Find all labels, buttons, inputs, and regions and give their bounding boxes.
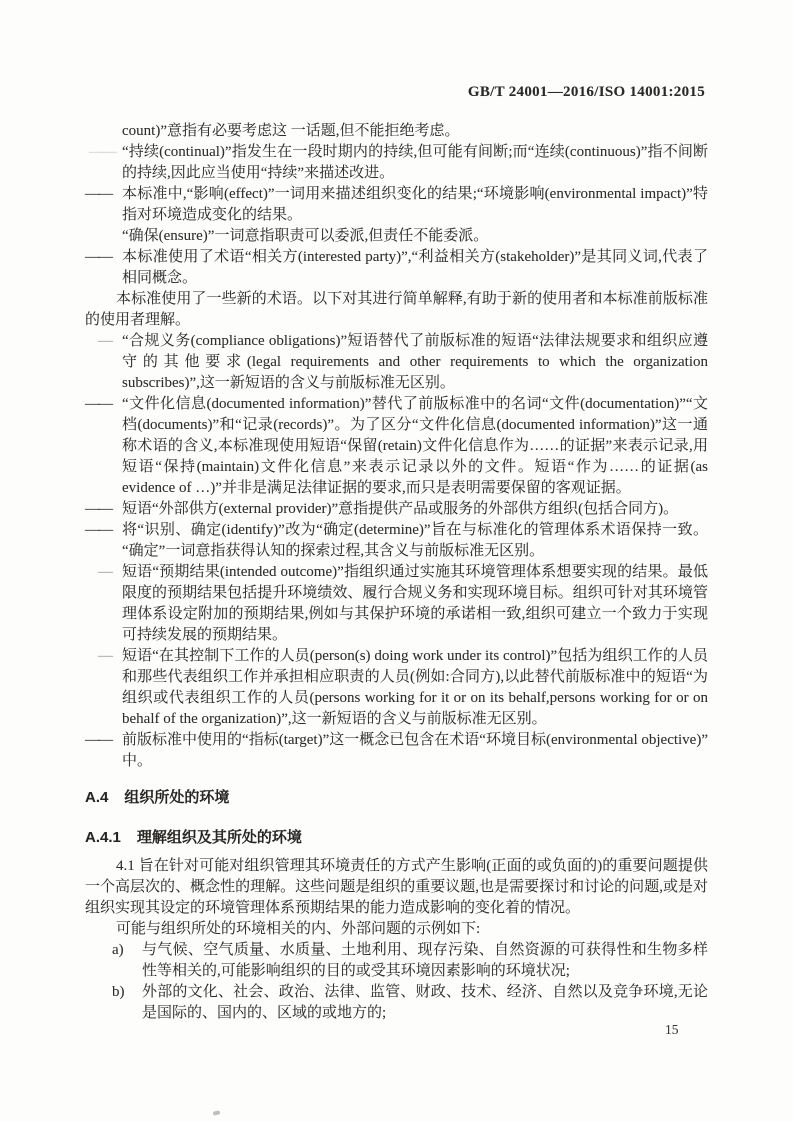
item-dash: —— xyxy=(85,520,122,541)
item-dash: —— xyxy=(85,730,122,751)
page-number: 15 xyxy=(665,1022,679,1038)
item-dash: — xyxy=(98,562,135,583)
term-item-text: “文件化信息(documented information)”替代了前版标准中的… xyxy=(122,394,708,499)
item-dash: — xyxy=(98,646,135,667)
list-item-text: “确保(ensure)”一词意指职责可以委派,但责任不能委派。 xyxy=(122,226,708,247)
item-dash: —— xyxy=(85,247,122,268)
term-item-text: “合规义务(compliance obligations)”短语替代了前版标准的… xyxy=(122,331,708,394)
term-item-text: 将“识别、确定(identify)”改为“确定(determine)”旨在与标准… xyxy=(122,520,708,562)
new-terms-paragraph: 本标准使用了一些新的术语。以下对其进行简单解释,有助于新的使用者和本标准前版标准… xyxy=(85,289,708,331)
term-item-text: 短语“在其控制下工作的人员(person(s) doing work under… xyxy=(122,646,708,730)
running-header-doc-code: GB/T 24001—2016/ISO 14001:2015 xyxy=(468,84,705,101)
body-paragraph-41: 4.1 旨在针对可能对组织管理其环境责任的方式产生影响(正面的或负面的)的重要问… xyxy=(85,856,708,919)
term-list-item: —— 前版标准中使用的“指标(target)”这一概念已包含在术语“环境目标(e… xyxy=(85,730,708,772)
section-title: 理解组织及其所处的环境 xyxy=(137,829,302,846)
term-list-item: —— “文件化信息(documented information)”替代了前版标… xyxy=(85,394,708,499)
section-number: A.4 xyxy=(85,789,108,806)
term-list-item: — 短语“在其控制下工作的人员(person(s) doing work und… xyxy=(85,646,708,730)
item-dash: —— xyxy=(89,142,126,163)
list-item-continuation: count)”意指有必要考虑这 一话题,但不能拒绝考虑。 xyxy=(85,121,708,142)
list-item: —— “持续(continual)”指发生在一段时期内的持续,但可能有间断;而“… xyxy=(85,142,708,184)
term-list-item: —— 将“识别、确定(identify)”改为“确定(determine)”旨在… xyxy=(85,520,708,562)
example-marker: b) xyxy=(112,982,125,1003)
example-list-item: b) 外部的文化、社会、政治、法律、监管、财政、技术、经济、自然以及竞争环境,无… xyxy=(85,982,708,1024)
item-dash: — xyxy=(98,331,135,352)
document-page: GB/T 24001—2016/ISO 14001:2015 count)”意指… xyxy=(0,0,793,1121)
term-item-text: 短语“预期结果(intended outcome)”指组织通过实施其环境管理体系… xyxy=(122,562,708,646)
example-marker: a) xyxy=(112,940,124,961)
example-list-item: a) 与气候、空气质量、水质量、土地利用、现存污染、自然资源的可获得性和生物多样… xyxy=(85,940,708,982)
section-number: A.4.1 xyxy=(85,829,121,846)
example-text: 与气候、空气质量、水质量、土地利用、现存污染、自然资源的可获得性和生物多样性等相… xyxy=(142,940,708,982)
item-dash: —— xyxy=(85,394,122,415)
list-item: —— 本标准中,“影响(effect)”一词用来描述组织变化的结果;“环境影响(… xyxy=(85,184,708,247)
list-item-text: 本标准使用了术语“相关方(interested party)”,“利益相关方(s… xyxy=(122,247,708,289)
scan-artifact xyxy=(213,1110,221,1115)
examples-intro-paragraph: 可能与组织所处的环境相关的内、外部问题的示例如下: xyxy=(85,919,708,940)
list-item-text: “持续(continual)”指发生在一段时期内的持续,但可能有间断;而“连续(… xyxy=(122,142,708,184)
term-list-item: —— 短语“外部供方(external provider)”意指提供产品或服务的… xyxy=(85,499,708,520)
item-dash: —— xyxy=(85,499,122,520)
item-dash: —— xyxy=(85,184,122,205)
example-text: 外部的文化、社会、政治、法律、监管、财政、技术、经济、自然以及竞争环境,无论是国… xyxy=(142,982,708,1024)
term-item-text: 前版标准中使用的“指标(target)”这一概念已包含在术语“环境目标(envi… xyxy=(122,730,708,772)
term-list-item: — 短语“预期结果(intended outcome)”指组织通过实施其环境管理… xyxy=(85,562,708,646)
term-item-text: 短语“外部供方(external provider)”意指提供产品或服务的外部供… xyxy=(122,499,708,520)
section-heading-a4: A.4组织所处的环境 xyxy=(85,787,708,808)
list-item-text: 本标准中,“影响(effect)”一词用来描述组织变化的结果;“环境影响(env… xyxy=(122,184,708,226)
term-list-item: — “合规义务(compliance obligations)”短语替代了前版标… xyxy=(85,331,708,394)
section-title: 组织所处的环境 xyxy=(124,789,229,806)
section-heading-a41: A.4.1理解组织及其所处的环境 xyxy=(85,827,708,848)
list-item: —— 本标准使用了术语“相关方(interested party)”,“利益相关… xyxy=(85,247,708,289)
page-content: count)”意指有必要考虑这 一话题,但不能拒绝考虑。 —— “持续(cont… xyxy=(85,121,708,1024)
